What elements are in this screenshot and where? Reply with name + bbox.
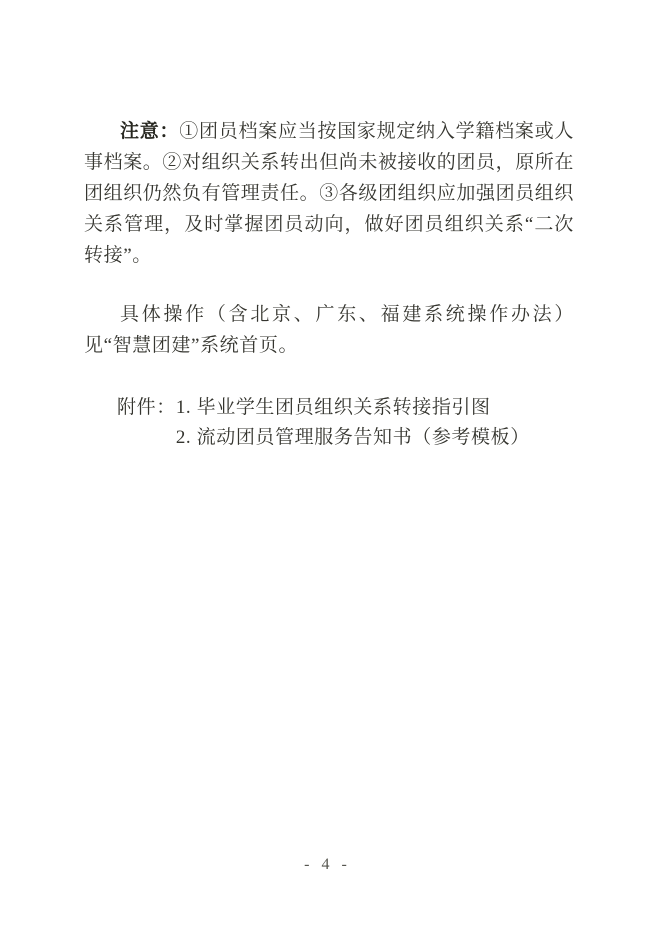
page-content: 注意：①团员档案应当按国家规定纳入学籍档案或人事档案。②对组织关系转出但尚未被接… [84,116,574,453]
note-label: 注意： [120,121,179,142]
attachments-list: 1. 毕业学生团员组织关系转接指引图 2. 流动团员管理服务告知书（参考模板） [176,393,530,453]
attachment-item: 1. 毕业学生团员组织关系转接指引图 [176,393,530,423]
operation-text: 具体操作（含北京、广东、福建系统操作办法）见“智慧团建”系统首页。 [84,304,574,356]
attachments-label: 附件： [117,393,176,423]
attachments-block: 附件： 1. 毕业学生团员组织关系转接指引图 2. 流动团员管理服务告知书（参考… [84,393,574,453]
note-text: ①团员档案应当按国家规定纳入学籍档案或人事档案。②对组织关系转出但尚未被接收的团… [84,121,574,266]
operation-paragraph: 具体操作（含北京、广东、福建系统操作办法）见“智慧团建”系统首页。 [84,299,574,361]
attachment-item: 2. 流动团员管理服务告知书（参考模板） [176,423,530,453]
page-number: - 4 - [0,853,655,877]
note-paragraph: 注意：①团员档案应当按国家规定纳入学籍档案或人事档案。②对组织关系转出但尚未被接… [84,116,574,271]
document-page: 注意：①团员档案应当按国家规定纳入学籍档案或人事档案。②对组织关系转出但尚未被接… [0,0,655,927]
